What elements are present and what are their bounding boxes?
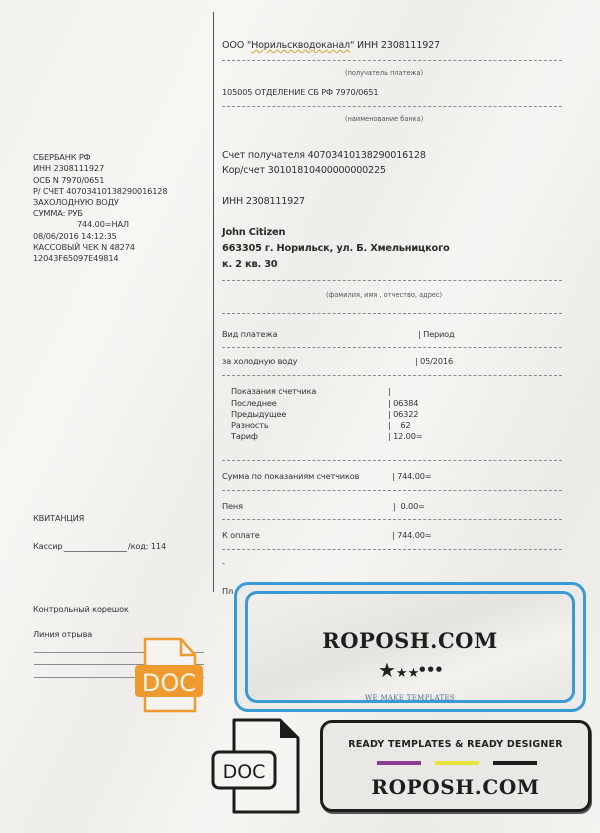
meter-value: 06322 <box>393 409 418 419</box>
separator <box>222 460 562 461</box>
stub-bank-line: Р/ СЧЕТ 40703410138290016128 <box>33 186 167 196</box>
penalty-label: Пеня <box>222 501 243 511</box>
org-prefix: ООО " <box>222 40 251 51</box>
stamp-inner-frame: ROPOSH.COM ★★★● ● ● WE MAKE TEMPLATES <box>245 591 575 703</box>
stub-cashier-label: Кассир <box>33 541 62 551</box>
meter-row-label: Последнее <box>231 398 277 408</box>
penalty-amount: 0.00= <box>398 501 425 511</box>
stub-kvitancia: КВИТАНЦИЯ <box>33 513 84 523</box>
payment-period: | 05/2016 <box>415 356 453 366</box>
stub-receipt-no: КАССОВЫЙ ЧЕК N 48274 <box>33 242 135 252</box>
sum-label: Сумма по показаниям счетчиков <box>222 471 359 481</box>
total-value: | 744.00= <box>392 530 432 540</box>
payer-signature-label: Пл <box>222 586 233 596</box>
stub-amount: 744.00=НАЛ <box>77 219 129 229</box>
recipient-org: ООО "Норильскводоканал" ИНН 2308111927 <box>222 40 440 51</box>
payer-caption: (фамилия, имя , отчество, адрес) <box>326 291 442 299</box>
meter-bar: | <box>388 386 391 396</box>
org-inn: " ИНН 2308111927 <box>350 40 440 51</box>
stub-control: Контрольный корешок <box>33 604 129 614</box>
banner-tagline: READY TEMPLATES & READY DESIGNER <box>323 739 588 750</box>
meter-row-value: | 62 <box>388 420 411 430</box>
total-label: К оплате <box>222 530 260 540</box>
org-name: Норильскводоканал <box>251 40 350 51</box>
recipient-account: Счет получателя 40703410138290016128 <box>222 150 426 161</box>
bank-line: 105005 ОТДЕЛЕНИЕ СБ РФ 7970/0651 <box>222 87 378 97</box>
stamp-title: ROPOSH.COM <box>248 628 572 653</box>
banner-bar-purple <box>377 761 421 765</box>
stub-bank-line: ЗАХОЛОДНУЮ ВОДУ <box>33 197 119 207</box>
meter-row-value: | 06322 <box>388 409 418 419</box>
bank-caption: (наименование банка) <box>345 115 423 123</box>
roposh-stamp: ROPOSH.COM ★★★● ● ● WE MAKE TEMPLATES <box>234 582 586 712</box>
stub-bank-line: ОСБ N 7970/0651 <box>33 175 104 185</box>
meter-title: Показания счетчика <box>231 386 316 396</box>
stub-tear-line: Линия отрыва <box>33 629 92 639</box>
separator <box>222 549 562 550</box>
header-period: | Период <box>418 329 455 339</box>
stub-bank-line: СБЕРБАНК РФ <box>33 152 91 162</box>
separator <box>222 106 562 107</box>
payment-type: за холодную воду <box>222 356 297 366</box>
dash-mark: - <box>222 558 225 568</box>
roposh-banner: READY TEMPLATES & READY DESIGNER ROPOSH.… <box>320 720 591 812</box>
meter-row-value: | 12.00= <box>388 431 422 441</box>
meter-value: 12.00= <box>393 431 422 441</box>
meter-row-label: Тариф <box>231 431 258 441</box>
banner-bar-yellow <box>435 761 479 765</box>
separator <box>222 490 562 491</box>
meter-value: 06384 <box>393 398 418 408</box>
stub-bank-line: ИНН 2308111927 <box>33 163 104 173</box>
corr-account: Кор/счет 30101810400000000225 <box>222 165 386 176</box>
cashier-signature-line <box>64 551 127 552</box>
meter-row-label: Разность <box>231 420 269 430</box>
period-value: 05/2016 <box>420 356 453 366</box>
sum-amount: 744.00= <box>397 471 431 481</box>
stub-divider <box>213 12 214 592</box>
banner-site-name: ROPOSH.COM <box>323 775 588 799</box>
penalty-value: | 0.00= <box>393 501 425 511</box>
separator <box>222 519 562 520</box>
header-payment-type: Вид платежа <box>222 329 277 339</box>
banner-bar-black <box>493 761 537 765</box>
separator <box>222 375 562 376</box>
sum-value: | 744.00= <box>392 471 432 481</box>
doc-file-icon-black: DOC <box>210 716 305 816</box>
stub-cashier-code: /код: 114 <box>128 541 166 551</box>
recipient-caption: (получатель платежа) <box>345 69 423 77</box>
separator <box>222 280 562 281</box>
separator <box>222 347 562 348</box>
doc-icon-label: DOC <box>142 669 196 697</box>
recipient-inn: ИНН 2308111927 <box>222 196 305 207</box>
header-period-label: Период <box>423 329 454 339</box>
separator <box>222 313 562 314</box>
doc-file-icon-orange: DOC <box>133 637 205 713</box>
stub-datetime: 08/06/2016 14:12:35 <box>33 231 117 241</box>
meter-value: 62 <box>393 420 410 430</box>
separator <box>222 60 562 61</box>
meter-row-label: Предыдущее <box>231 409 286 419</box>
stars-icon: ★★★● ● ● <box>248 658 572 682</box>
meter-row-value: | 06384 <box>388 398 418 408</box>
payer-address-1: 663305 г. Норильск, ул. Б. Хмельницкого <box>222 243 450 254</box>
total-amount: 744.00= <box>397 530 431 540</box>
stamp-tagline: WE MAKE TEMPLATES <box>248 694 572 702</box>
doc-icon-label: DOC <box>223 761 266 783</box>
payer-name: John Citizen <box>222 227 285 238</box>
stub-bank-line: СУММА: РУБ <box>33 208 83 218</box>
stub-code: 12043F65097E49814 <box>33 253 118 263</box>
payer-address-2: к. 2 кв. 30 <box>222 259 277 270</box>
